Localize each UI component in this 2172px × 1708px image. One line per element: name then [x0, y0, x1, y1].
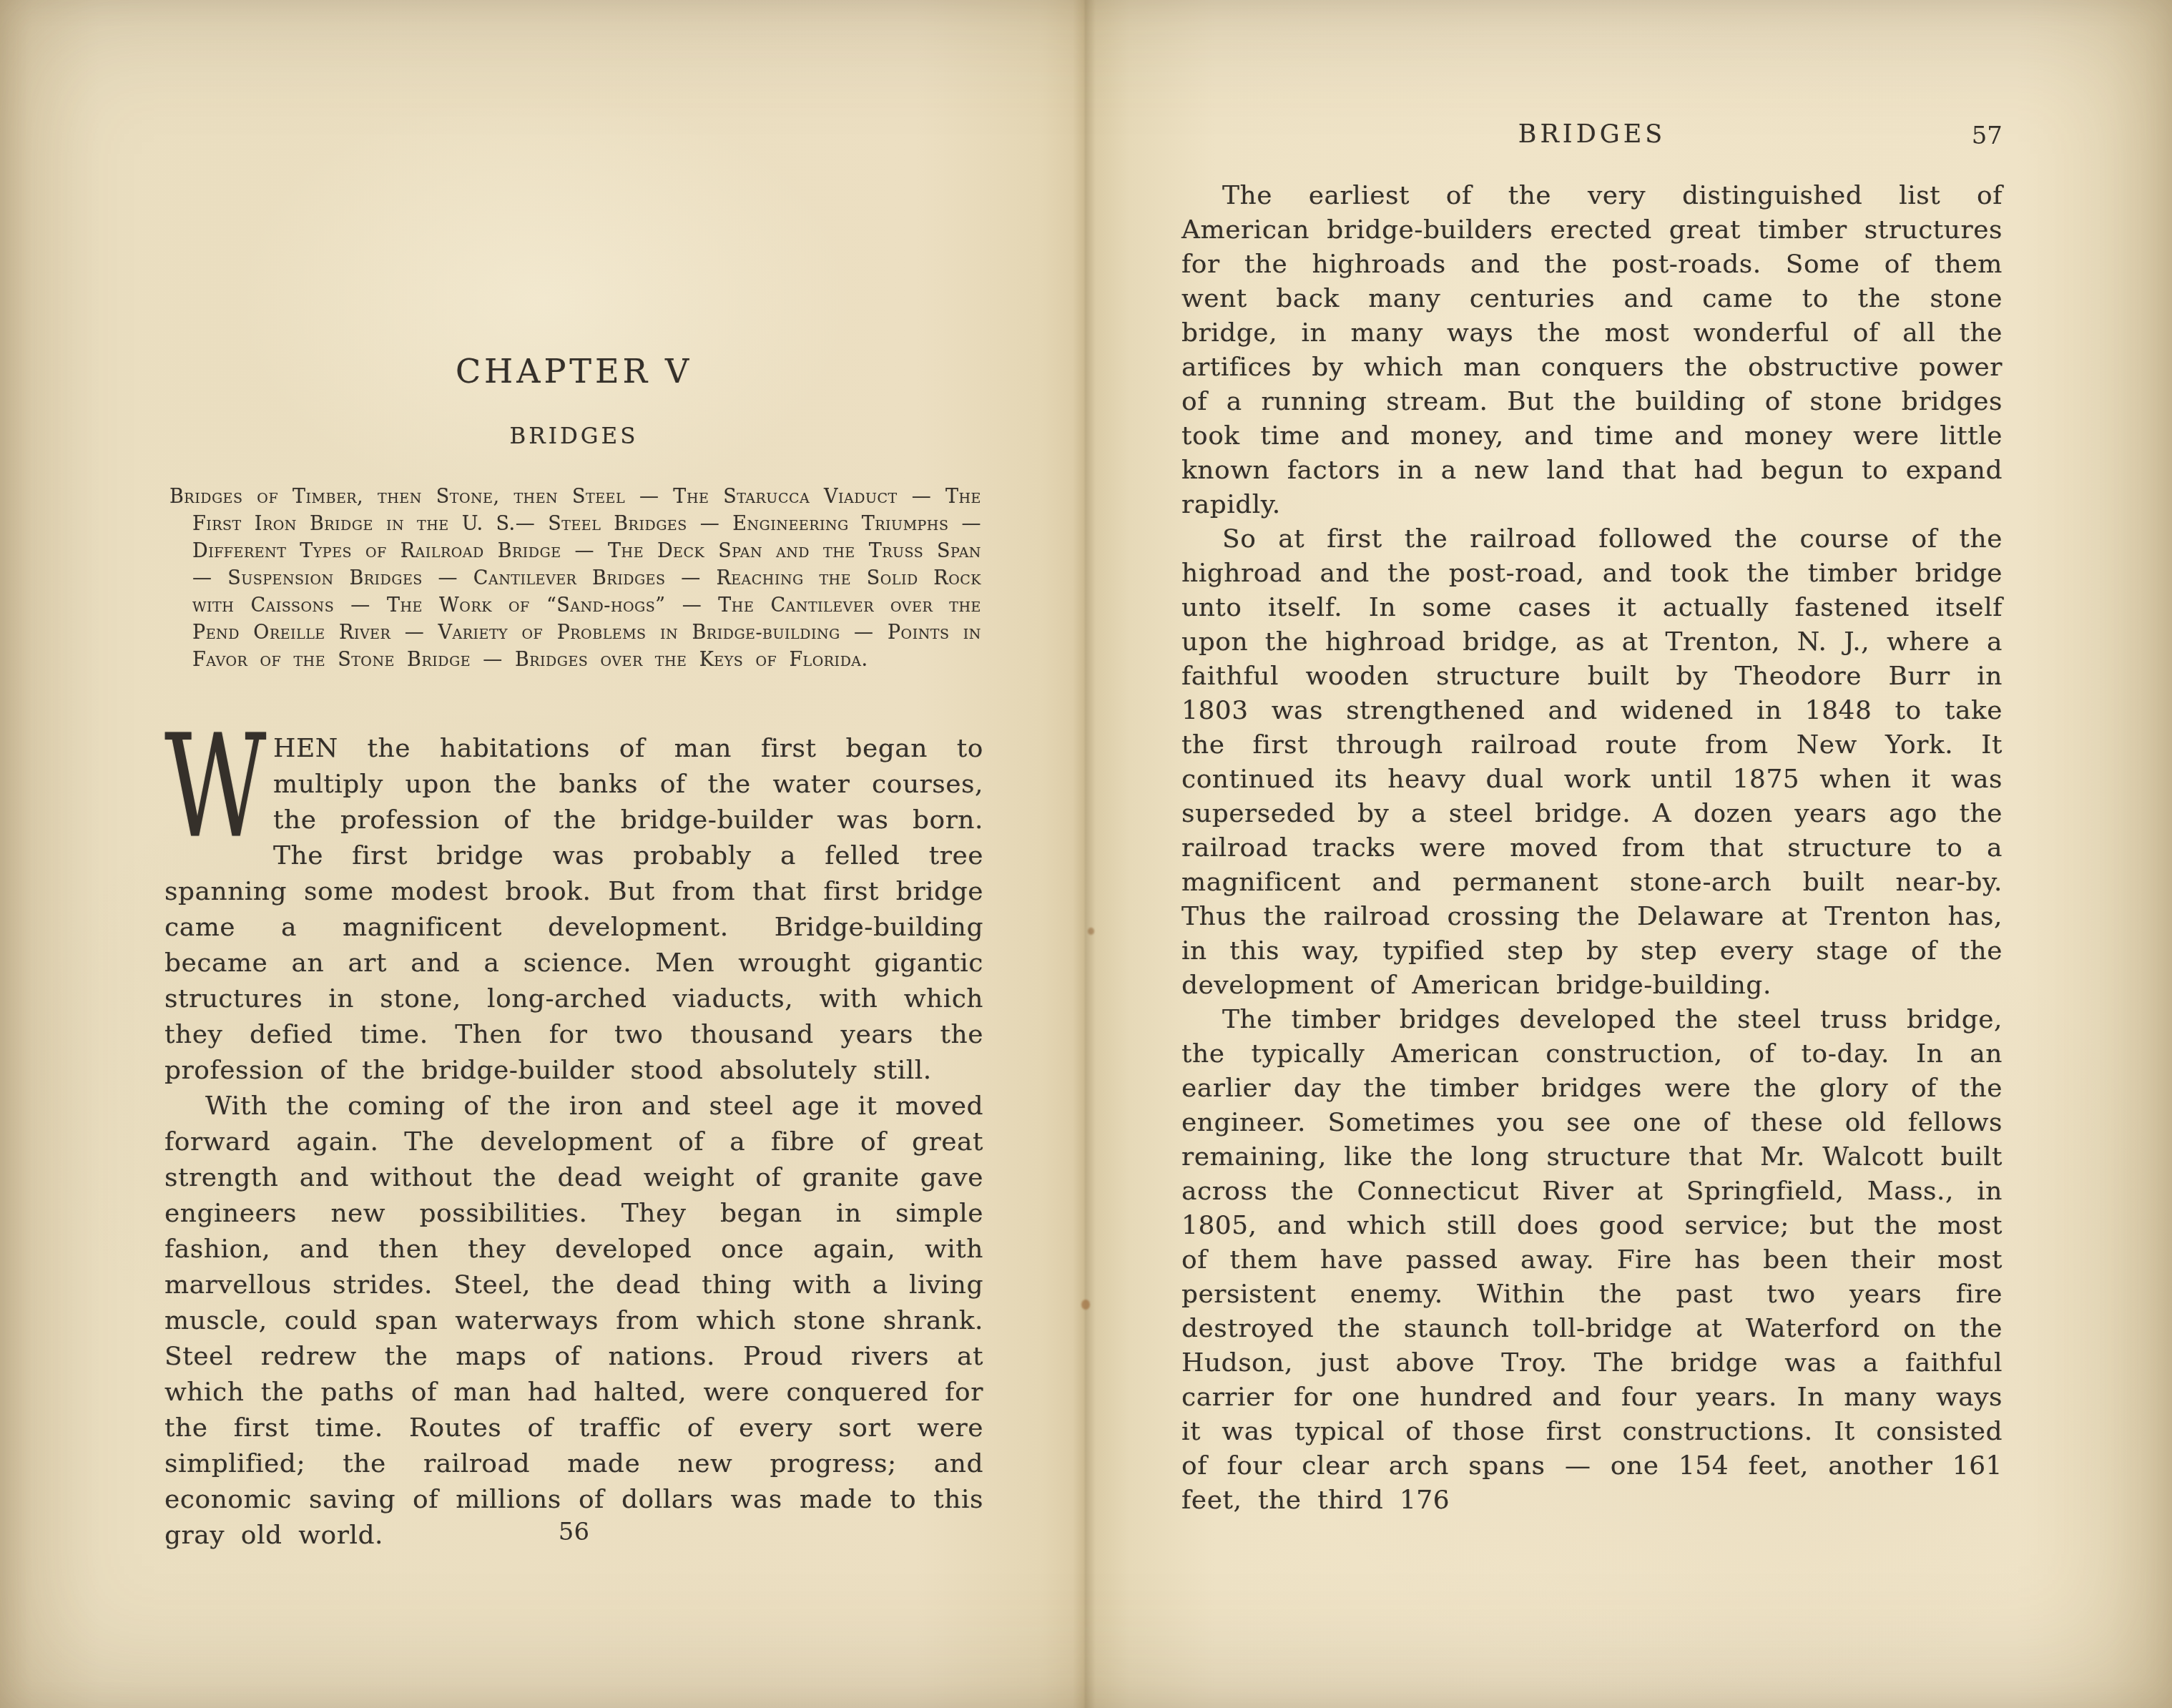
scan-vignette	[0, 0, 2172, 1708]
